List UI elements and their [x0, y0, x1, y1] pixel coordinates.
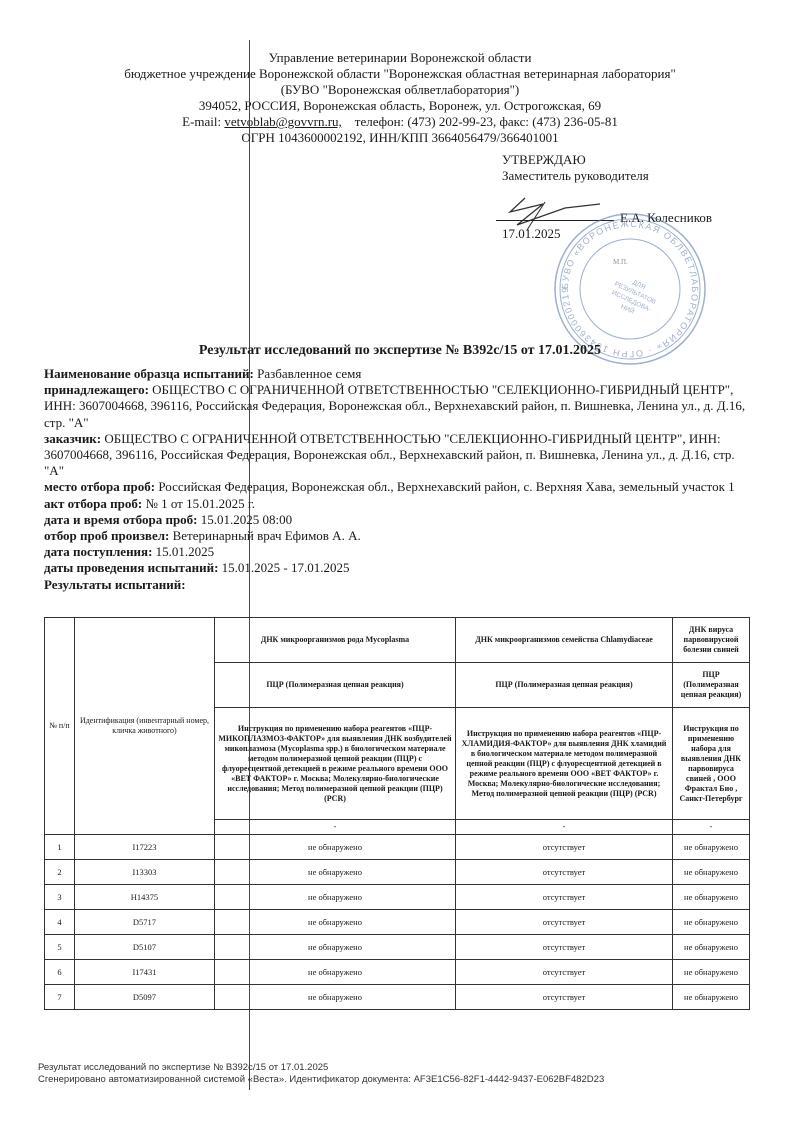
field-receipt-date: дата поступления: 15.01.2025 [44, 544, 754, 560]
letterhead-line: 394052, РОССИЯ, Воронежская область, Вор… [0, 98, 800, 114]
cell-result: не обнаружено [673, 985, 750, 1010]
cell-number: 7 [45, 985, 75, 1010]
field-results-heading: Результаты испытаний: [44, 577, 754, 593]
cell-number: 6 [45, 960, 75, 985]
cell-id: H14375 [75, 885, 215, 910]
header-indicator: ДНК микроорганизмов семейства Chlamydiac… [456, 618, 673, 663]
header-norm: - [456, 820, 673, 835]
approval-block: УТВЕРЖДАЮ Заместитель руководителя [502, 152, 649, 184]
cell-result: не обнаружено [673, 835, 750, 860]
cell-id: D5097 [75, 985, 215, 1010]
cell-result: отсутствует [456, 835, 673, 860]
cell-number: 4 [45, 910, 75, 935]
cell-result: отсутствует [456, 910, 673, 935]
approval-date: 17.01.2025 [502, 226, 561, 242]
sample-info: Наименование образца испытаний: Разбавле… [44, 366, 754, 593]
table-row: 3 H14375 не обнаружено отсутствует не об… [45, 885, 750, 910]
field-sample-name: Наименование образца испытаний: Разбавле… [44, 366, 754, 382]
header-norm: - [215, 820, 456, 835]
approval-position: Заместитель руководителя [502, 168, 649, 184]
field-sampling-place: место отбора проб: Российская Федерация,… [44, 479, 754, 495]
cell-number: 1 [45, 835, 75, 860]
header-method: ПЦР (Полимеразная цепная реакция) [673, 663, 750, 708]
cell-result: отсутствует [456, 860, 673, 885]
cell-number: 5 [45, 935, 75, 960]
table-row: 6 I17431 не обнаружено отсутствует не об… [45, 960, 750, 985]
table-row: 2 I13303 не обнаружено отсутствует не об… [45, 860, 750, 885]
cell-result: не обнаружено [215, 835, 456, 860]
field-customer: заказчик: ОБЩЕСТВО С ОГРАНИЧЕННОЙ ОТВЕТС… [44, 431, 754, 480]
header-indicator: ДНК микроорганизмов рода Mycoplasma [215, 618, 456, 663]
header-norm: - [673, 820, 750, 835]
cell-result: не обнаружено [215, 860, 456, 885]
cell-result: не обнаружено [673, 860, 750, 885]
cell-result: отсутствует [456, 985, 673, 1010]
table-row: 5 D5107 не обнаружено отсутствует не обн… [45, 935, 750, 960]
cell-result: отсутствует [456, 935, 673, 960]
table-row: 1 I17223 не обнаружено отсутствует не об… [45, 835, 750, 860]
field-sampled-by: отбор проб произвел: Ветеринарный врач Е… [44, 528, 754, 544]
cell-result: не обнаружено [673, 885, 750, 910]
cell-id: I17223 [75, 835, 215, 860]
header-normative-doc: Инструкция по применению набора реагенто… [456, 708, 673, 820]
cell-id: I13303 [75, 860, 215, 885]
footer-reference: Результат исследований по экспертизе № В… [38, 1062, 604, 1074]
letterhead-line: Управление ветеринарии Воронежской облас… [0, 50, 800, 66]
header-identification: Идентификация (инвентарный номер, кличка… [75, 618, 215, 835]
header-number: № п/п [45, 618, 75, 835]
page-footer: Результат исследований по экспертизе № В… [38, 1062, 604, 1086]
document-title: Результат исследований по экспертизе № В… [0, 343, 800, 359]
field-sampling-datetime: дата и время отбора проб: 15.01.2025 08:… [44, 512, 754, 528]
email-label: E-mail: [182, 114, 221, 129]
cell-number: 2 [45, 860, 75, 885]
cell-number: 3 [45, 885, 75, 910]
email-link[interactable]: vetvoblab@govvrn.ru, [224, 114, 341, 129]
footer-document-id: Сгенерировано автоматизированной системо… [38, 1074, 604, 1086]
field-sampling-act: акт отбора проб: № 1 от 15.01.2025 г. [44, 496, 754, 512]
field-test-dates: даты проведения испытаний: 15.01.2025 - … [44, 560, 754, 576]
table-header-indicator-row: № п/п Идентификация (инвентарный номер, … [45, 618, 750, 663]
cell-result: не обнаружено [215, 935, 456, 960]
cell-result: не обнаружено [215, 960, 456, 985]
cell-result: не обнаружено [215, 885, 456, 910]
cell-id: D5717 [75, 910, 215, 935]
field-owner: принадлежащего: ОБЩЕСТВО С ОГРАНИЧЕННОЙ … [44, 382, 754, 431]
cell-id: D5107 [75, 935, 215, 960]
header-indicator: ДНК вируса парвовирусной болезни свиней [673, 618, 750, 663]
results-table: № п/п Идентификация (инвентарный номер, … [44, 617, 750, 1010]
table-row: 4 D5717 не обнаружено отсутствует не обн… [45, 910, 750, 935]
cell-result: не обнаружено [673, 935, 750, 960]
cell-result: отсутствует [456, 960, 673, 985]
header-method: ПЦР (Полимеразная цепная реакция) [456, 663, 673, 708]
cell-result: не обнаружено [673, 960, 750, 985]
letterhead: Управление ветеринарии Воронежской облас… [0, 50, 800, 146]
svg-text:М.П.: М.П. [613, 258, 628, 266]
cell-id: I17431 [75, 960, 215, 985]
header-method: ПЦР (Полимеразная цепная реакция) [215, 663, 456, 708]
phone-fax: телефон: (473) 202-99-23, факс: (473) 23… [355, 114, 618, 129]
cell-result: отсутствует [456, 885, 673, 910]
cell-result: не обнаружено [673, 910, 750, 935]
header-normative-doc: Инструкция по применению набора для выяв… [673, 708, 750, 820]
cell-result: не обнаружено [215, 910, 456, 935]
scan-artifact-line [249, 40, 250, 1090]
contacts-line: E-mail: vetvoblab@govvrn.ru, телефон: (4… [0, 114, 800, 130]
header-normative-doc: Инструкция по применению набора реагенто… [215, 708, 456, 820]
approval-title: УТВЕРЖДАЮ [502, 152, 649, 168]
letterhead-line: (БУВО "Воронежская облветлаборатория") [0, 82, 800, 98]
table-row: 7 D5097 не обнаружено отсутствует не обн… [45, 985, 750, 1010]
cell-result: не обнаружено [215, 985, 456, 1010]
ogrn-line: ОГРН 1043600002192, ИНН/КПП 3664056479/3… [0, 130, 800, 146]
letterhead-line: бюджетное учреждение Воронежской области… [0, 66, 800, 82]
